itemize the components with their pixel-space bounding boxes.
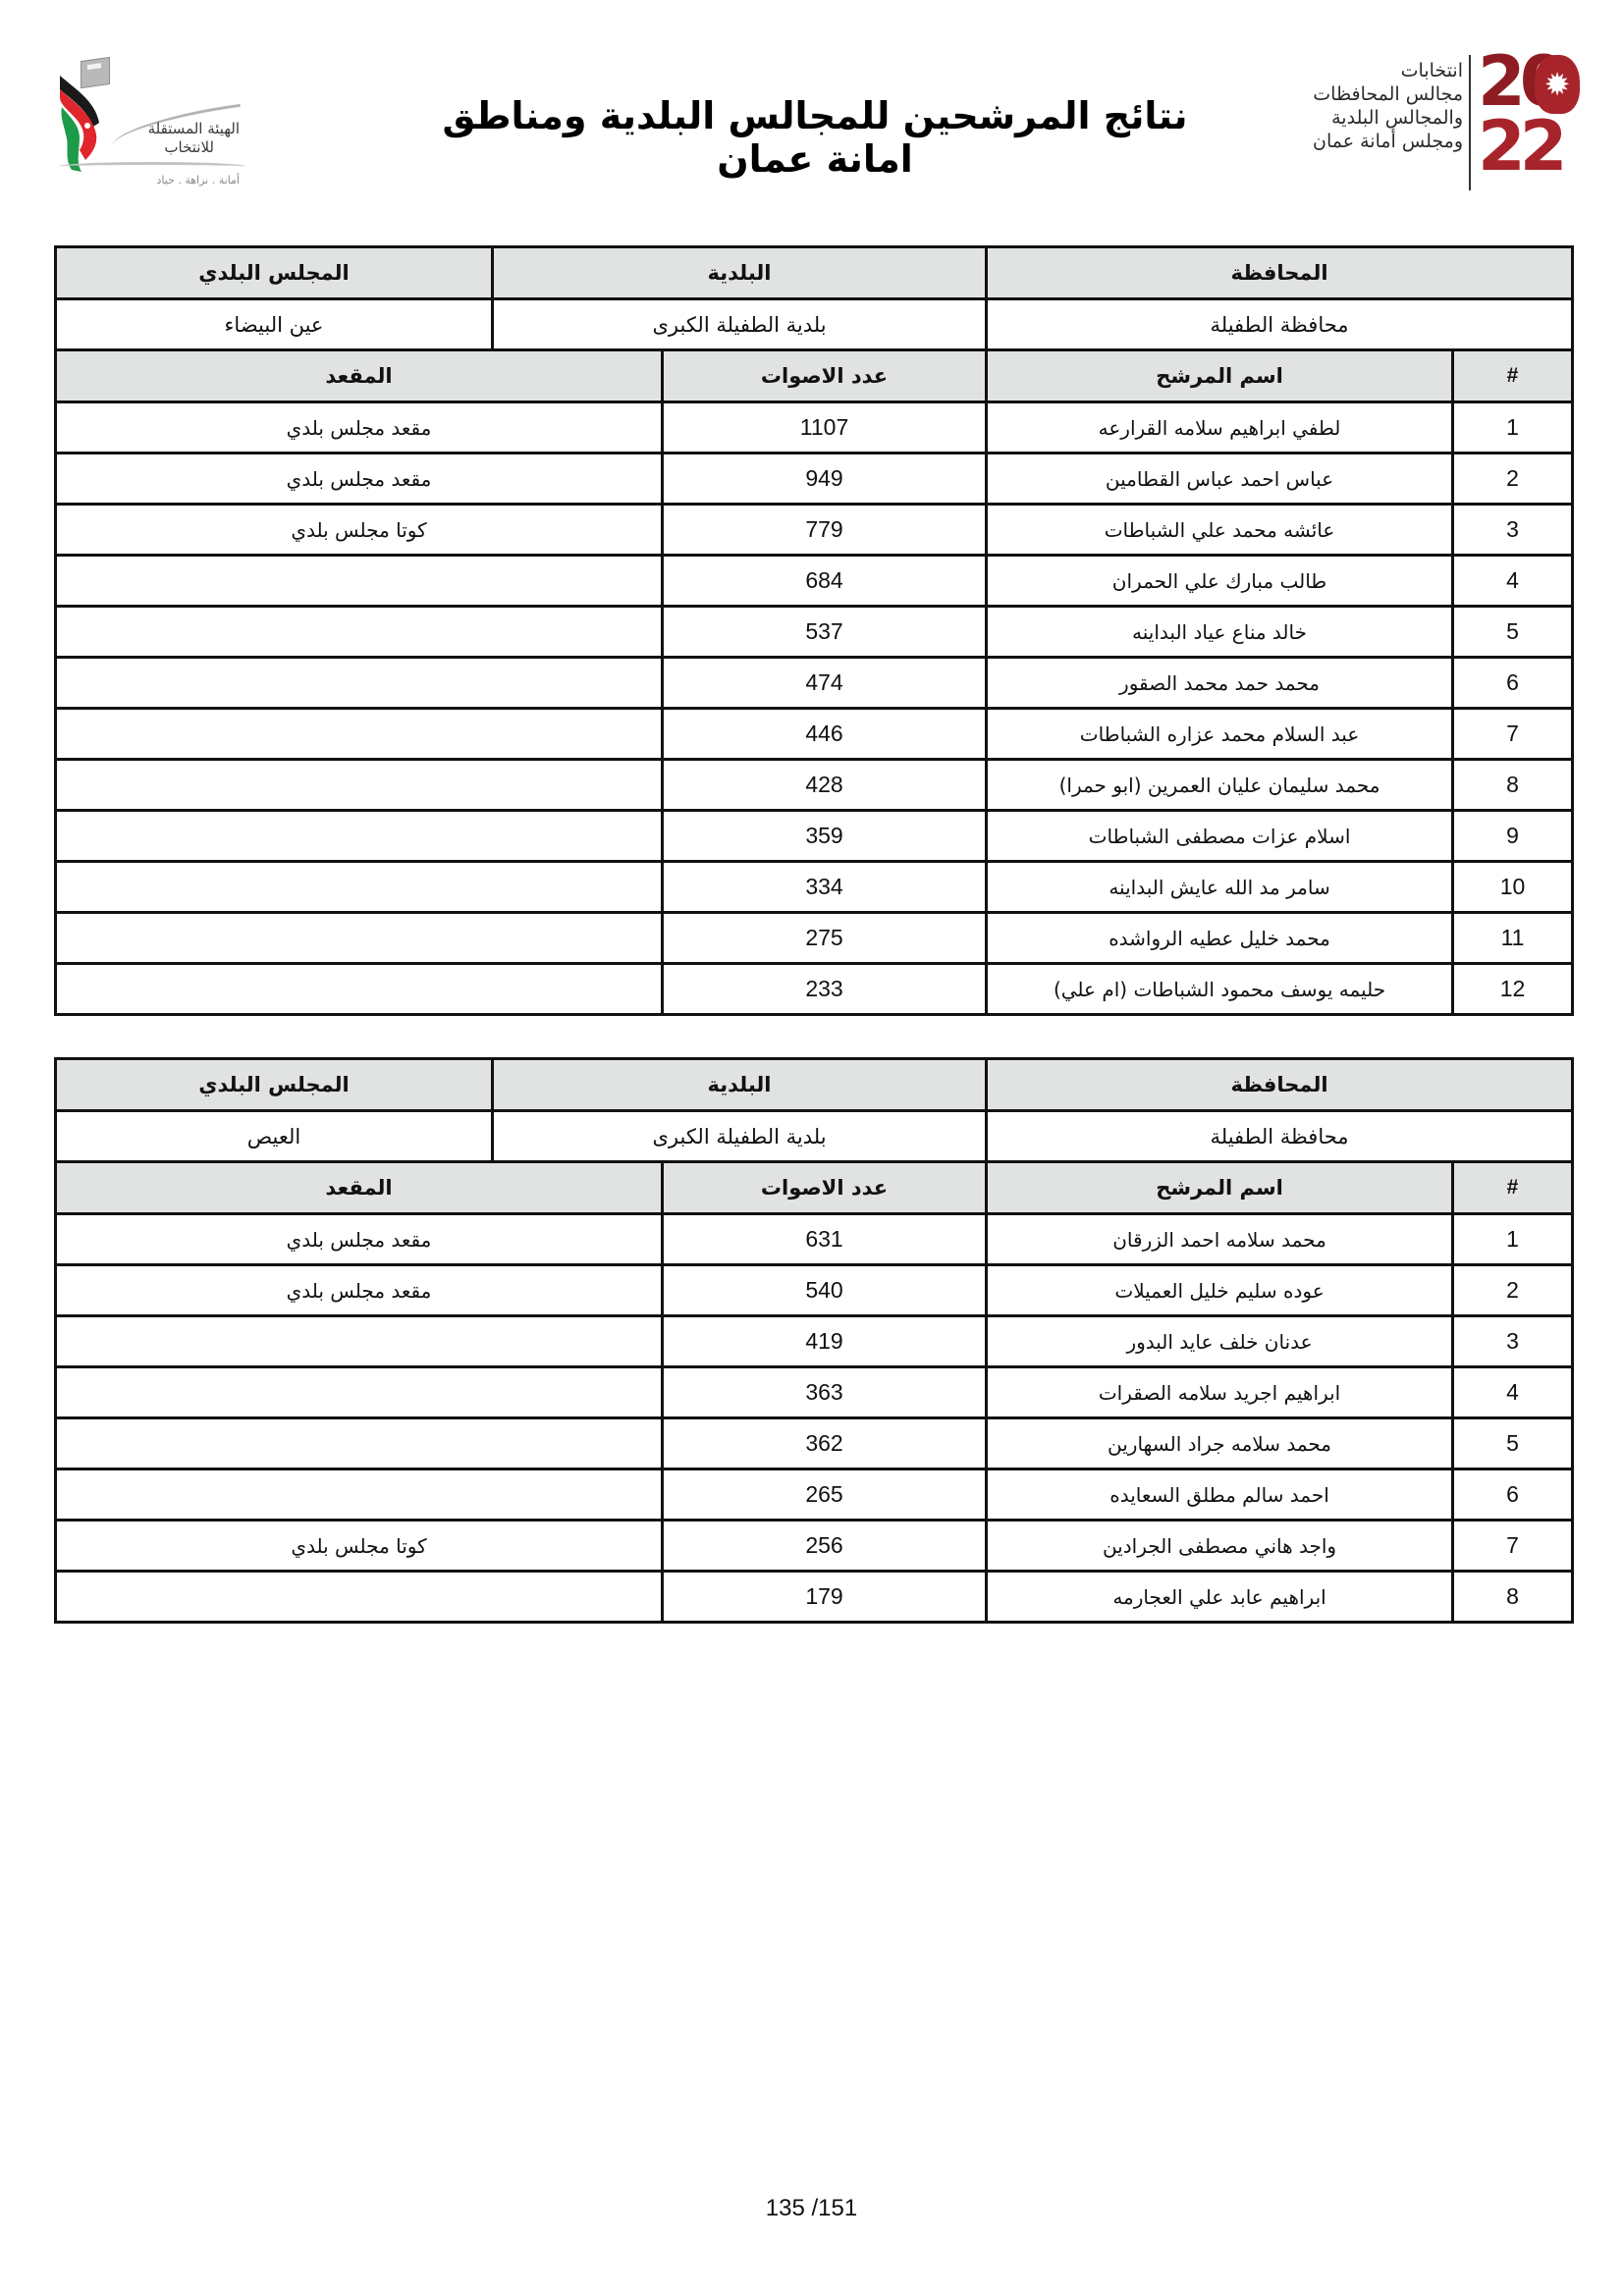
seat-type: كوتا مجلس بلدي: [56, 505, 663, 556]
seat-header: المقعد: [56, 1162, 663, 1214]
meta-value-rest: بلدية الطفيلة الكبرى العيص: [56, 1111, 987, 1162]
table-row: 5محمد سلامه جراد السهارين362: [56, 1418, 1573, 1469]
vote-count: 179: [663, 1572, 987, 1623]
municipality-value: بلدية الطفيلة الكبرى: [491, 1112, 985, 1160]
row-number: 2: [1453, 454, 1573, 505]
iec-logo: الهيئة المستقلة للانتخاب أمانة . نزاهة .…: [51, 54, 247, 191]
elections-logo-line2: مجالس المحافظات: [1313, 82, 1463, 106]
seat-type: [56, 658, 663, 709]
row-number: 11: [1453, 913, 1573, 964]
candidate-name: سامر مد الله عايش البداينه: [987, 862, 1453, 913]
elections-logo-line4: ومجلس أمانة عمان: [1313, 130, 1463, 153]
candidate-name: محمد سليمان عليان العمرين (ابو حمرا): [987, 760, 1453, 811]
meta-header-row: المحافظة البلدية المجلس البلدي: [56, 247, 1573, 299]
row-number: 4: [1453, 1367, 1573, 1418]
governorate-value: محافظة الطفيلة: [987, 299, 1573, 350]
table-row: 11محمد خليل عطيه الرواشده275: [56, 913, 1573, 964]
table-row: 8محمد سليمان عليان العمرين (ابو حمرا)428: [56, 760, 1573, 811]
vote-count: 275: [663, 913, 987, 964]
logo-divider: [1469, 55, 1471, 190]
elections-2022-logo: انتخابات مجالس المحافظات والمجالس البلدي…: [1276, 49, 1591, 196]
council-value: العيص: [57, 1112, 491, 1160]
number-header: #: [1453, 1162, 1573, 1214]
meta-value-row: محافظة الطفيلة بلدية الطفيلة الكبرى العي…: [56, 1111, 1573, 1162]
municipality-value: بلدية الطفيلة الكبرى: [491, 300, 985, 348]
seat-header: المقعد: [56, 350, 663, 402]
org-name-line1: الهيئة المستقلة: [148, 120, 240, 137]
candidate-name: عوده سليم خليل العميلات: [987, 1265, 1453, 1316]
council-value: عين البيضاء: [57, 300, 491, 348]
table-row: 9اسلام عزات مصطفى الشباطات359: [56, 811, 1573, 862]
table-row: 6محمد حمد محمد الصقور474: [56, 658, 1573, 709]
candidate-name: طالب مبارك علي الحمران: [987, 556, 1453, 607]
row-number: 6: [1453, 658, 1573, 709]
council-header: المجلس البلدي: [57, 1060, 491, 1109]
table-row: 6احمد سالم مطلق السعايده265: [56, 1469, 1573, 1521]
candidate-header: اسم المرشح: [987, 350, 1453, 402]
column-header-row: # اسم المرشح عدد الاصوات المقعد: [56, 350, 1573, 402]
row-number: 6: [1453, 1469, 1573, 1521]
year-bottom: 22: [1478, 114, 1586, 179]
vote-count: 233: [663, 964, 987, 1015]
council-header: المجلس البلدي: [57, 248, 491, 297]
vote-count: 265: [663, 1469, 987, 1521]
seat-type: [56, 1316, 663, 1367]
row-number: 3: [1453, 1316, 1573, 1367]
number-header: #: [1453, 350, 1573, 402]
table-row: 3عدنان خلف عايد البدور419: [56, 1316, 1573, 1367]
column-header-row: # اسم المرشح عدد الاصوات المقعد: [56, 1162, 1573, 1214]
candidate-name: واجد هاني مصطفى الجرادين: [987, 1521, 1453, 1572]
candidate-header: اسم المرشح: [987, 1162, 1453, 1214]
table-row: 12حليمه يوسف محمود الشباطات (ام علي)233: [56, 964, 1573, 1015]
org-name-line2: للانتخاب: [164, 138, 214, 156]
seat-type: مقعد مجلس بلدي: [56, 1265, 663, 1316]
votes-header: عدد الاصوات: [663, 350, 987, 402]
seat-type: مقعد مجلس بلدي: [56, 1214, 663, 1265]
candidate-name: عبد السلام محمد عزاره الشباطات: [987, 709, 1453, 760]
row-number: 8: [1453, 760, 1573, 811]
table-row: 7عبد السلام محمد عزاره الشباطات446: [56, 709, 1573, 760]
candidate-name: عائشه محمد علي الشباطات: [987, 505, 1453, 556]
table-row: 1محمد سلامه احمد الزرقان631مقعد مجلس بلد…: [56, 1214, 1573, 1265]
seat-type: [56, 1367, 663, 1418]
candidate-name: محمد سلامه احمد الزرقان: [987, 1214, 1453, 1265]
candidate-name: عدنان خلف عايد البدور: [987, 1316, 1453, 1367]
table-row: 4طالب مبارك علي الحمران684: [56, 556, 1573, 607]
vote-count: 428: [663, 760, 987, 811]
governorate-value: محافظة الطفيلة: [987, 1111, 1573, 1162]
seat-type: كوتا مجلس بلدي: [56, 1521, 663, 1572]
row-number: 1: [1453, 402, 1573, 454]
jordan-flag-ribbon-icon: [56, 72, 107, 175]
row-number: 5: [1453, 1418, 1573, 1469]
meta-value-rest: بلدية الطفيلة الكبرى عين البيضاء: [56, 299, 987, 350]
vote-count: 540: [663, 1265, 987, 1316]
vote-count: 949: [663, 454, 987, 505]
seat-type: [56, 709, 663, 760]
seat-type: [56, 1572, 663, 1623]
vote-count: 446: [663, 709, 987, 760]
logo-underline: [59, 162, 245, 171]
seat-type: [56, 760, 663, 811]
row-number: 5: [1453, 607, 1573, 658]
candidate-name: اسلام عزات مصطفى الشباطات: [987, 811, 1453, 862]
table-row: 10سامر مد الله عايش البداينه334: [56, 862, 1573, 913]
seat-type: [56, 556, 663, 607]
row-number: 4: [1453, 556, 1573, 607]
vote-count: 419: [663, 1316, 987, 1367]
row-number: 10: [1453, 862, 1573, 913]
seat-type: [56, 862, 663, 913]
results-table-2: المحافظة البلدية المجلس البلدي محافظة ال…: [54, 1057, 1574, 1624]
row-number: 12: [1453, 964, 1573, 1015]
vote-count: 1107: [663, 402, 987, 454]
elections-logo-text: انتخابات مجالس المحافظات والمجالس البلدي…: [1313, 59, 1463, 153]
candidate-name: حليمه يوسف محمود الشباطات (ام علي): [987, 964, 1453, 1015]
candidate-name: محمد سلامه جراد السهارين: [987, 1418, 1453, 1469]
seat-type: [56, 1418, 663, 1469]
meta-header-rest: البلدية المجلس البلدي: [56, 247, 987, 299]
row-number: 7: [1453, 1521, 1573, 1572]
table-row: 7واجد هاني مصطفى الجرادين256كوتا مجلس بل…: [56, 1521, 1573, 1572]
table-row: 3عائشه محمد علي الشباطات779كوتا مجلس بلد…: [56, 505, 1573, 556]
row-number: 7: [1453, 709, 1573, 760]
seat-type: [56, 913, 663, 964]
row-number: 3: [1453, 505, 1573, 556]
candidate-name: محمد خليل عطيه الرواشده: [987, 913, 1453, 964]
jordan-star-icon: ✹: [1535, 55, 1580, 114]
candidate-name: خالد مناع عياد البداينه: [987, 607, 1453, 658]
vote-count: 684: [663, 556, 987, 607]
candidate-name: احمد سالم مطلق السعايده: [987, 1469, 1453, 1521]
table-row: 2عوده سليم خليل العميلات540مقعد مجلس بلد…: [56, 1265, 1573, 1316]
seat-type: مقعد مجلس بلدي: [56, 454, 663, 505]
vote-count: 362: [663, 1418, 987, 1469]
vote-count: 779: [663, 505, 987, 556]
row-number: 2: [1453, 1265, 1573, 1316]
governorate-header: المحافظة: [987, 247, 1573, 299]
results-table-1: المحافظة البلدية المجلس البلدي محافظة ال…: [54, 245, 1574, 1016]
seat-type: [56, 964, 663, 1015]
table-row: 5خالد مناع عياد البداينه537: [56, 607, 1573, 658]
seat-type: [56, 607, 663, 658]
row-number: 8: [1453, 1572, 1573, 1623]
row-number: 1: [1453, 1214, 1573, 1265]
seat-type: [56, 811, 663, 862]
candidate-name: محمد حمد محمد الصقور: [987, 658, 1453, 709]
candidate-name: لطفي ابراهيم سلامه القرارعه: [987, 402, 1453, 454]
candidate-name: ابراهيم عابد علي العجارمه: [987, 1572, 1453, 1623]
meta-header-rest: البلدية المجلس البلدي: [56, 1059, 987, 1111]
vote-count: 537: [663, 607, 987, 658]
candidate-name: عباس احمد عباس القطامين: [987, 454, 1453, 505]
elections-logo-line1: انتخابات: [1313, 59, 1463, 82]
elections-logo-line3: والمجالس البلدية: [1313, 106, 1463, 130]
org-motto: أمانة . نزاهة . حياد: [157, 174, 241, 187]
municipality-header: البلدية: [491, 248, 985, 297]
vote-count: 474: [663, 658, 987, 709]
table-row: 8ابراهيم عابد علي العجارمه179: [56, 1572, 1573, 1623]
meta-header-row: المحافظة البلدية المجلس البلدي: [56, 1059, 1573, 1111]
table-row: 2عباس احمد عباس القطامين949مقعد مجلس بلد…: [56, 454, 1573, 505]
seat-type: مقعد مجلس بلدي: [56, 402, 663, 454]
governorate-header: المحافظة: [987, 1059, 1573, 1111]
meta-value-row: محافظة الطفيلة بلدية الطفيلة الكبرى عين …: [56, 299, 1573, 350]
vote-count: 256: [663, 1521, 987, 1572]
page-header: الهيئة المستقلة للانتخاب أمانة . نزاهة .…: [0, 0, 1623, 216]
vote-count: 631: [663, 1214, 987, 1265]
seat-type: [56, 1469, 663, 1521]
vote-count: 359: [663, 811, 987, 862]
page-title: نتائج المرشحين للمجالس البلدية ومناطق ام…: [432, 94, 1198, 181]
table-row: 1لطفي ابراهيم سلامه القرارعه1107مقعد مجل…: [56, 402, 1573, 454]
municipality-header: البلدية: [491, 1060, 985, 1109]
vote-count: 334: [663, 862, 987, 913]
table-row: 4ابراهيم اجريد سلامه الصقرات363: [56, 1367, 1573, 1418]
candidate-name: ابراهيم اجريد سلامه الصقرات: [987, 1367, 1453, 1418]
page-number: 135 /151: [0, 2195, 1623, 2222]
row-number: 9: [1453, 811, 1573, 862]
votes-header: عدد الاصوات: [663, 1162, 987, 1214]
vote-count: 363: [663, 1367, 987, 1418]
